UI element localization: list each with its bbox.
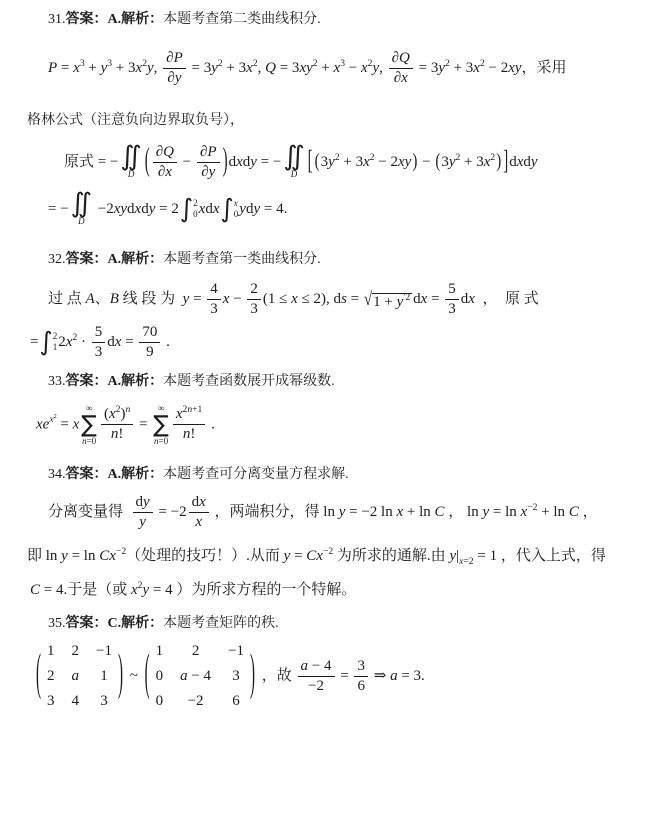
matrix-cell: 0 bbox=[156, 693, 164, 710]
math-text: = ln bbox=[68, 548, 99, 564]
fraction-denominator: 3 bbox=[210, 300, 218, 318]
math-text: 2 bbox=[193, 198, 198, 208]
math-text: ∂ bbox=[394, 70, 401, 86]
math-text: = 4.于是（或 bbox=[40, 582, 131, 598]
fraction-numerator: dy bbox=[133, 494, 153, 513]
analysis-label: 解析： bbox=[121, 252, 163, 267]
fraction-numerator: 2 bbox=[247, 281, 261, 300]
math-text: = − bbox=[257, 154, 281, 170]
integral-icon: ∫ bbox=[220, 198, 233, 221]
math-text: (1 ≤ bbox=[263, 291, 291, 307]
fraction-denominator: ∂x bbox=[394, 69, 408, 87]
matrix-cell: −2 bbox=[188, 693, 204, 710]
math-fraction: dyy bbox=[133, 494, 153, 532]
math-text: · bbox=[77, 334, 90, 350]
math-text: 5 bbox=[448, 281, 456, 297]
math-variable: y bbox=[438, 60, 445, 76]
fraction-numerator: 4 bbox=[207, 281, 221, 300]
problem-31-header: 31.答案：A.解析：本题考查第二类曲线积分. bbox=[48, 8, 630, 28]
answer-value: A. bbox=[108, 12, 122, 27]
problem-32-header: 32.答案：A.解析：本题考查第一类曲线积分. bbox=[48, 248, 630, 268]
matrix-cell: −1 bbox=[228, 643, 244, 660]
math-text: 3 bbox=[232, 668, 240, 684]
math-variable: Cx bbox=[306, 548, 323, 564]
math-text: ! bbox=[190, 426, 195, 442]
math-text: −2 bbox=[527, 502, 537, 513]
matrix-cell: 2 bbox=[192, 643, 200, 660]
math-text: = bbox=[57, 60, 73, 76]
analysis-label: 解析： bbox=[121, 467, 163, 482]
math-text: = −2 ln bbox=[345, 504, 396, 520]
math-text: ， bbox=[579, 504, 598, 520]
big-delimiter: ( bbox=[435, 153, 440, 173]
fraction-denominator: ∂y bbox=[167, 69, 181, 87]
matrix-left-paren: ( bbox=[36, 651, 41, 702]
integral: ∫x0 bbox=[220, 198, 238, 221]
math-text: = bbox=[189, 291, 205, 307]
problem-35-header: 35.答案：C.解析：本题考查矩阵的秩. bbox=[48, 612, 630, 632]
math-text: ∂ bbox=[166, 50, 173, 66]
big-delimiter: ( bbox=[145, 146, 150, 179]
matrix-cell: 3 bbox=[232, 668, 240, 685]
math-variable: Q bbox=[399, 50, 410, 66]
math-text: ≤ 2), d bbox=[298, 291, 341, 307]
problem-number: 35. bbox=[48, 616, 66, 631]
math-text: 3 bbox=[100, 693, 108, 709]
formula-p35-matrix: (12−12a1343) ~ (12−10a − 430−26) ，故 a − … bbox=[33, 643, 630, 710]
math-text: = bbox=[57, 416, 73, 432]
fraction-numerator: (x2)n bbox=[101, 406, 133, 425]
summation: ∞∑n=0 bbox=[81, 403, 97, 447]
math-text: , bbox=[379, 60, 387, 76]
math-variable: B bbox=[110, 291, 119, 307]
sigma-icon: ∑ bbox=[153, 414, 169, 436]
math-text: +1 bbox=[192, 404, 202, 415]
math-text: ∂ bbox=[392, 50, 399, 66]
math-variable: n bbox=[125, 404, 130, 415]
fraction-denominator: ∂y bbox=[201, 163, 215, 181]
answer-value: A. bbox=[108, 374, 122, 389]
math-text: （处理的技巧！）.从而 bbox=[126, 548, 284, 564]
math-text: 0 bbox=[156, 668, 164, 684]
math-text: 3 bbox=[448, 301, 456, 317]
math-text: d bbox=[229, 154, 237, 170]
math-text: = bbox=[30, 334, 38, 350]
problem-number: 33. bbox=[48, 374, 66, 389]
math-variable: y bbox=[175, 70, 182, 86]
math-text: = 3. bbox=[398, 668, 425, 684]
math-variable: C bbox=[30, 582, 40, 598]
matrix-grid: 12−10a − 430−26 bbox=[151, 643, 249, 710]
math-text: 3 bbox=[210, 301, 218, 317]
summation: ∞∑n=0 bbox=[153, 403, 169, 447]
fraction-denominator: 3 bbox=[250, 300, 258, 318]
formula-p31-result: = −∬D −2xydxdy = 2∫20xdx∫x0ydy = 4. bbox=[48, 192, 630, 227]
math-variable: C bbox=[435, 504, 445, 520]
fraction-numerator: ∂P bbox=[163, 50, 186, 69]
integral-limits: x0 bbox=[234, 198, 239, 221]
math-text: − 4 bbox=[308, 658, 331, 674]
math-superscript: −2 bbox=[527, 502, 537, 513]
formula-p31-green-main: 原式 = −∬D(∂Q∂x − ∂P∂y)dxdy = −∬D[(3y2 + 3… bbox=[64, 144, 630, 182]
math-text: = 3 bbox=[415, 60, 438, 76]
math-text: − 2 bbox=[375, 154, 398, 170]
math-text: = 3 bbox=[188, 60, 211, 76]
radical-icon: √ bbox=[364, 290, 372, 311]
integral-lower-limit: 0 bbox=[193, 210, 198, 219]
math-variable: x bbox=[234, 198, 238, 208]
math-text: 2 bbox=[490, 152, 495, 163]
fraction-denominator: n! bbox=[183, 425, 196, 443]
matrix-cell: 1 bbox=[156, 643, 164, 660]
math-fraction: 709 bbox=[139, 324, 160, 362]
math-fraction: a − 4−2 bbox=[298, 658, 335, 696]
formula-p32-integral: =∫212x2 · 53dx = 709 . bbox=[30, 324, 630, 362]
math-text: 2 bbox=[53, 331, 58, 341]
integral-lower-limit: 0 bbox=[234, 210, 239, 219]
fraction-denominator: ∂x bbox=[158, 163, 172, 181]
math-text: 过 点 bbox=[48, 291, 86, 307]
math-text: + 3 bbox=[460, 154, 483, 170]
answer-label: 答案： bbox=[66, 467, 108, 482]
answer-label: 答案： bbox=[66, 374, 108, 389]
document-page: 31.答案：A.解析：本题考查第二类曲线积分. P = x3 + y3 + 3x… bbox=[0, 0, 650, 813]
math-variable: x bbox=[236, 154, 243, 170]
math-text: 为所求的通解.由 bbox=[333, 548, 449, 564]
math-text: 4 bbox=[210, 281, 218, 297]
math-text: = bbox=[290, 548, 306, 564]
integral: ∫21 bbox=[39, 331, 57, 354]
matrix-cell: 6 bbox=[232, 693, 240, 710]
matrix-cell: 3 bbox=[100, 693, 108, 710]
math-text: 分离变量得 bbox=[48, 504, 131, 520]
math-variable: x bbox=[73, 416, 80, 432]
math-variable: x bbox=[246, 60, 253, 76]
answer-label: 答案： bbox=[66, 252, 108, 267]
math-variable: Q bbox=[163, 144, 174, 160]
math-variable: y bbox=[61, 548, 68, 564]
math-text: 1 bbox=[156, 643, 164, 659]
fraction-numerator: 5 bbox=[445, 281, 459, 300]
math-text: ∂ bbox=[167, 70, 174, 86]
math-variable: D bbox=[128, 169, 135, 179]
math-text: =2 bbox=[463, 556, 473, 567]
fraction-denominator: x bbox=[195, 513, 202, 531]
fraction-denominator: 3 bbox=[448, 300, 456, 318]
math-text: ⇒ bbox=[370, 668, 390, 684]
problem-33-header: 33.答案：A.解析：本题考查函数展开成幂级数. bbox=[48, 370, 630, 390]
fraction-numerator: ∂P bbox=[197, 144, 220, 163]
answer-label: 答案： bbox=[66, 616, 108, 631]
math-variable: xy bbox=[398, 154, 411, 170]
math-text: ， 原 式 bbox=[475, 291, 539, 307]
analysis-text: 本题考查第一类曲线积分. bbox=[163, 252, 321, 267]
math-text: . bbox=[207, 416, 215, 432]
matrix-cell: −1 bbox=[96, 643, 112, 660]
math-text: 2 bbox=[192, 643, 200, 659]
math-fraction: ∂Q∂x bbox=[389, 50, 413, 88]
integral-domain: D bbox=[78, 216, 85, 227]
math-text: 即 ln bbox=[27, 548, 61, 564]
math-text: = 4 ）为所求方程的一个特解。 bbox=[149, 582, 356, 598]
math-superscript: −2 bbox=[323, 546, 333, 557]
math-variable: x bbox=[401, 70, 408, 86]
math-text: 1 + bbox=[373, 294, 396, 310]
integral-lower-limit: 1 bbox=[53, 343, 58, 352]
math-variable: C bbox=[569, 504, 579, 520]
math-text: − bbox=[179, 154, 195, 170]
problem-number: 34. bbox=[48, 467, 66, 482]
analysis-label: 解析： bbox=[121, 616, 163, 631]
math-text: − bbox=[229, 291, 245, 307]
double-integral: ∬D bbox=[71, 192, 92, 227]
math-variable: P bbox=[48, 60, 57, 76]
double-integral-icon: ∬ bbox=[120, 145, 141, 169]
matrix-cell: 2 bbox=[47, 668, 55, 685]
math-text: d bbox=[141, 201, 149, 217]
math-text: , bbox=[154, 60, 162, 76]
math-variable: x bbox=[473, 60, 480, 76]
big-delimiter: ) bbox=[496, 153, 501, 173]
math-text: −1 bbox=[228, 643, 244, 659]
integral-upper-limit: 2 bbox=[53, 332, 58, 341]
fraction-denominator: 3 bbox=[95, 343, 103, 361]
analysis-text: 本题考查可分离变量方程求解. bbox=[163, 467, 349, 482]
math-variable: y bbox=[239, 201, 246, 217]
math-variable: y bbox=[211, 60, 218, 76]
math-text: 2 bbox=[250, 281, 258, 297]
integral-icon: ∫ bbox=[180, 198, 193, 221]
math-text: ′2 bbox=[403, 292, 410, 303]
math-text: , bbox=[258, 60, 266, 76]
math-variable: x bbox=[131, 582, 138, 598]
double-integral: ∬D bbox=[120, 145, 141, 180]
analysis-text: 本题考查第二类曲线积分. bbox=[163, 12, 321, 27]
math-variable: x bbox=[199, 494, 206, 510]
answer-value: A. bbox=[108, 252, 122, 267]
fraction-denominator: 6 bbox=[357, 677, 365, 695]
math-text: −2 bbox=[188, 693, 204, 709]
formula-p32-segment: 过 点 A、B 线 段 为 y = 43x − 23(1 ≤ x ≤ 2), d… bbox=[48, 281, 630, 319]
big-delimiter: ] bbox=[503, 149, 508, 176]
matrix-cell: 4 bbox=[72, 693, 80, 710]
math-text: 3 bbox=[95, 344, 103, 360]
matrix-grid: 12−12a1343 bbox=[42, 643, 117, 710]
math-fraction: ∂P∂y bbox=[163, 50, 186, 88]
math-text: −2 bbox=[116, 546, 126, 557]
fraction-denominator: n! bbox=[111, 425, 124, 443]
integral: ∫20 bbox=[180, 198, 198, 221]
math-variable: x bbox=[291, 291, 298, 307]
math-text: + 3 bbox=[450, 60, 473, 76]
analysis-text: 本题考查函数展开成幂级数. bbox=[163, 374, 335, 389]
math-variable: a bbox=[301, 658, 309, 674]
math-text: d bbox=[509, 154, 517, 170]
math-fraction: ∂Q∂x bbox=[153, 144, 177, 182]
fraction-numerator: x2n+1 bbox=[173, 406, 205, 425]
math-variable: Q bbox=[265, 60, 276, 76]
integral-domain: D bbox=[291, 169, 298, 180]
math-text: + 3 bbox=[223, 60, 246, 76]
math-variable: D bbox=[78, 216, 85, 226]
sum-lower-limit: n=0 bbox=[154, 436, 168, 447]
formula-p34-particular: C = 4.于是（或 x2y = 4 ）为所求方程的一个特解。 bbox=[30, 578, 630, 599]
fraction-numerator: 70 bbox=[139, 324, 160, 343]
math-text: + ln bbox=[537, 504, 568, 520]
double-integral-icon: ∬ bbox=[71, 192, 92, 216]
math-text: − bbox=[418, 154, 434, 170]
math-fraction: ∂P∂y bbox=[197, 144, 220, 182]
math-text: 、 bbox=[95, 291, 110, 307]
matrix-cell: 2 bbox=[72, 643, 80, 660]
math-variable: y bbox=[328, 154, 335, 170]
math-text: 2 bbox=[58, 334, 66, 350]
math-text: 3 bbox=[441, 154, 449, 170]
math-variable: a bbox=[390, 668, 398, 684]
formula-p34-separate: 分离变量得 dyy = −2dxx ，两端积分，得 ln y = −2 ln x… bbox=[48, 494, 630, 532]
math-text: − 2 bbox=[485, 60, 508, 76]
math-text: = 3 bbox=[276, 60, 299, 76]
math-text: ，两端积分，得 ln bbox=[211, 504, 339, 520]
math-variable: x bbox=[361, 60, 368, 76]
math-text: 6 bbox=[232, 693, 240, 709]
math-variable: x bbox=[213, 201, 220, 217]
math-variable: Cx bbox=[99, 548, 116, 564]
matrix-cell: 0 bbox=[156, 668, 164, 685]
math-text: 2 bbox=[72, 643, 80, 659]
math-text: = − bbox=[48, 201, 69, 217]
math-superscript: 2 bbox=[490, 152, 495, 163]
math-text: ~ bbox=[126, 668, 142, 684]
math-text: 线 段 为 bbox=[119, 291, 183, 307]
math-variable: P bbox=[174, 50, 183, 66]
math-text: 0 bbox=[156, 693, 164, 709]
math-text: ， ln bbox=[445, 504, 483, 520]
integral-domain: D bbox=[128, 169, 135, 180]
math-text: + bbox=[318, 60, 334, 76]
math-text: d bbox=[523, 154, 531, 170]
matrix-cell: 1 bbox=[100, 668, 108, 685]
math-text: ! bbox=[118, 426, 123, 442]
math-variable: xy bbox=[299, 60, 312, 76]
fraction-numerator: ∂Q bbox=[153, 144, 177, 163]
math-variable: a bbox=[72, 668, 80, 684]
math-text: . bbox=[162, 334, 170, 350]
math-fraction: 53 bbox=[445, 281, 459, 319]
analysis-label: 解析： bbox=[121, 12, 163, 27]
math-text: −2 bbox=[94, 201, 114, 217]
matrix-left-paren: ( bbox=[145, 651, 150, 702]
math-text: 1 bbox=[53, 342, 58, 352]
math-fraction: (x2)nn! bbox=[101, 406, 133, 444]
math-text: = 4. bbox=[260, 201, 287, 217]
integral-limits: 20 bbox=[193, 198, 198, 221]
math-text: 3 bbox=[47, 693, 55, 709]
math-variable: x bbox=[195, 514, 202, 530]
math-variable: A bbox=[86, 291, 95, 307]
fraction-numerator: 5 bbox=[92, 324, 106, 343]
fraction-numerator: dx bbox=[189, 494, 209, 513]
math-text: = 2 bbox=[155, 201, 178, 217]
math-text: −2 bbox=[308, 678, 324, 694]
math-text: = bbox=[135, 416, 151, 432]
big-delimiter: ( bbox=[315, 153, 320, 173]
formula-p33-series: xex2 = x∞∑n=0(x2)nn! = ∞∑n=0x2n+1n! . bbox=[36, 403, 630, 447]
answer-label: 答案： bbox=[66, 12, 108, 27]
math-fraction: 53 bbox=[92, 324, 106, 362]
matrix-cell: 1 bbox=[47, 643, 55, 660]
math-text: 9 bbox=[146, 344, 154, 360]
fraction-denominator: −2 bbox=[308, 677, 324, 695]
math-variable: D bbox=[291, 169, 298, 179]
math-text: d bbox=[127, 201, 135, 217]
math-fraction: x2n+1n! bbox=[173, 406, 205, 444]
math-text: + ln bbox=[403, 504, 434, 520]
math-text: = bbox=[337, 668, 353, 684]
math-text: 3 bbox=[250, 301, 258, 317]
math-text: −2 bbox=[323, 546, 333, 557]
math-text: d bbox=[136, 494, 144, 510]
math-variable: y bbox=[209, 164, 216, 180]
math-fraction: 23 bbox=[247, 281, 261, 319]
math-fraction: dxx bbox=[189, 494, 209, 532]
math-text: 4 bbox=[72, 693, 80, 709]
math-text: d bbox=[107, 334, 115, 350]
matrix: (12−10a − 430−26) bbox=[144, 643, 256, 710]
math-text: + bbox=[85, 60, 101, 76]
math-variable: x bbox=[165, 164, 172, 180]
math-variable: x bbox=[109, 406, 116, 422]
math-text: 5 bbox=[95, 324, 103, 340]
math-text: + 3 bbox=[112, 60, 135, 76]
formula-p31-derivatives: P = x3 + y3 + 3x2y, ∂P∂y = 3y2 + 3x2, Q … bbox=[48, 50, 630, 88]
math-variable: y bbox=[139, 514, 146, 530]
big-delimiter: ) bbox=[412, 153, 417, 173]
sum-lower-limit: n=0 bbox=[82, 436, 96, 447]
math-text: + 3 bbox=[340, 154, 363, 170]
matrix: (12−12a1343) bbox=[35, 643, 124, 710]
math-fraction: 36 bbox=[354, 658, 368, 696]
math-text: = bbox=[427, 291, 443, 307]
math-superscript: ′2 bbox=[403, 292, 410, 303]
math-fraction: 43 bbox=[207, 281, 221, 319]
math-text: 原式 = − bbox=[64, 154, 118, 170]
math-variable: xe bbox=[36, 416, 49, 432]
math-text: = ln bbox=[489, 504, 520, 520]
math-text: 2 bbox=[47, 668, 55, 684]
problem-number: 32. bbox=[48, 252, 66, 267]
big-delimiter: ) bbox=[223, 146, 228, 179]
double-integral-icon: ∬ bbox=[283, 145, 304, 169]
big-delimiter: [ bbox=[308, 149, 313, 176]
analysis-text: 本题考查矩阵的秩. bbox=[163, 616, 279, 631]
integral-limits: 21 bbox=[53, 331, 58, 354]
math-superscript: 2n+1 bbox=[183, 404, 203, 415]
fraction-denominator: y bbox=[139, 513, 146, 531]
math-text: = −2 bbox=[155, 504, 187, 520]
math-variable: y bbox=[531, 154, 538, 170]
math-text: =0 bbox=[159, 436, 169, 446]
math-text: 70 bbox=[142, 324, 157, 340]
math-text: = bbox=[121, 334, 137, 350]
math-text: = 1 ，代入上式，得 bbox=[474, 548, 606, 564]
math-text: − bbox=[345, 60, 361, 76]
math-text: 6 bbox=[357, 678, 365, 694]
math-text: 1 bbox=[100, 668, 108, 684]
fraction-denominator: 9 bbox=[146, 343, 154, 361]
math-variable: y bbox=[250, 154, 257, 170]
math-text: d bbox=[413, 291, 421, 307]
